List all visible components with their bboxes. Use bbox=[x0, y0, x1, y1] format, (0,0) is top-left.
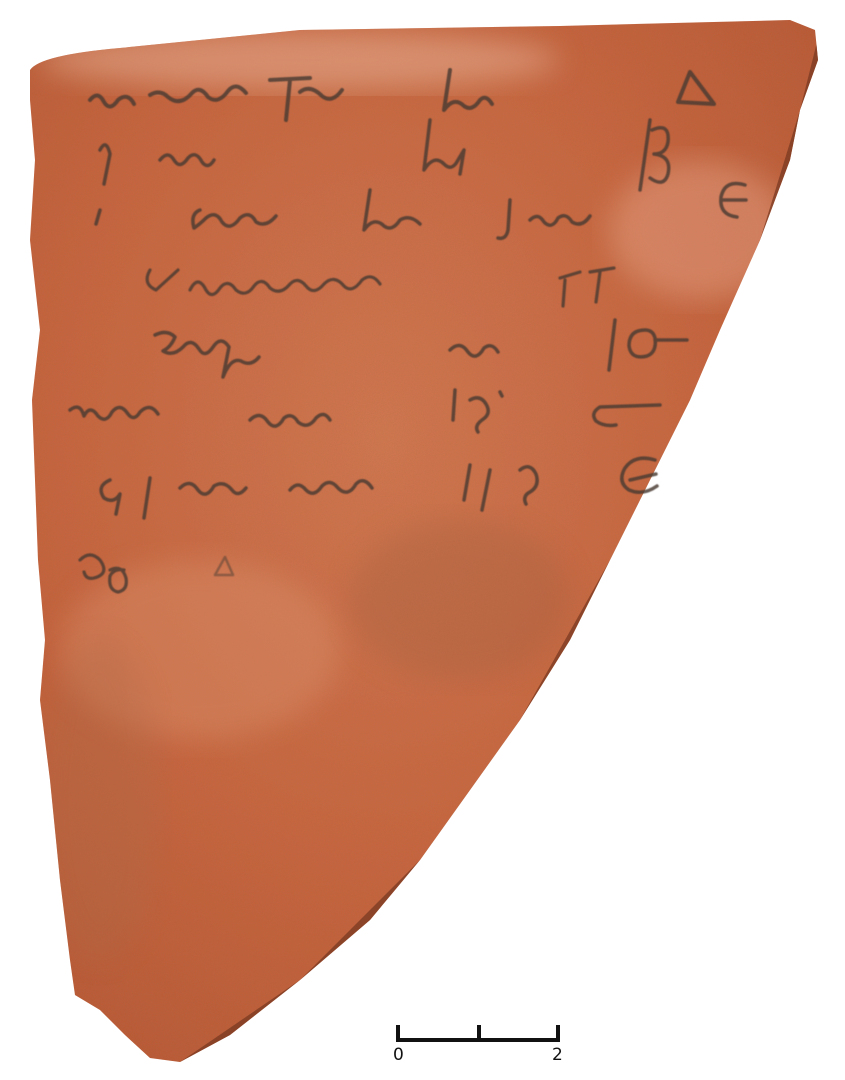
scale-label-start: 0 bbox=[393, 1045, 404, 1065]
ostracon-photograph bbox=[0, 0, 845, 1080]
scale-bar bbox=[398, 1025, 558, 1040]
scale-label-end: 2 bbox=[552, 1045, 563, 1065]
sherd bbox=[30, 20, 830, 1070]
